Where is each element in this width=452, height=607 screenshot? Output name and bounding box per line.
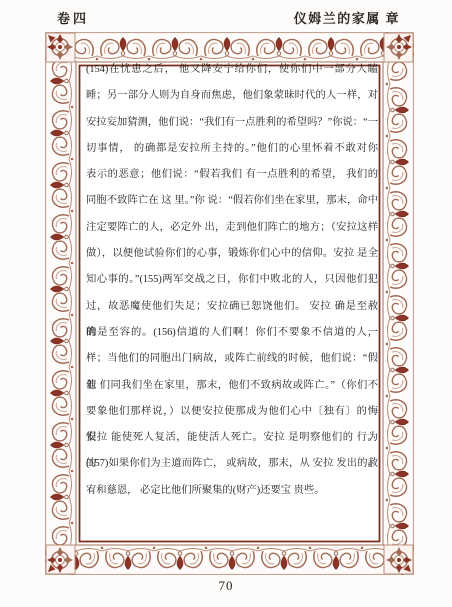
scripture-text-block: (154)在忧患之后， 他又降安宁给你们，使你们中一部分人瞌睡；另一部分人则为自… xyxy=(86,57,378,504)
text-line: 确是至容的。(156)信道的人们啊！你们不要象不信道的人一 xyxy=(86,320,378,346)
header-volume-label: 卷四 xyxy=(57,8,89,27)
text-line: 过，故恶魔使他们失足；安拉确已恕饶他们。 安拉 确是至赦的， xyxy=(86,294,378,320)
header-chapter-title: 仪姆兰的家属 章 xyxy=(294,8,400,27)
text-line: 表示的恶意；他们说：“假若我们 有一点胜利的希望， 我们的 xyxy=(86,162,378,188)
text-line: (154)在忧患之后， 他又降安宁给你们，使你们中一部分人瞌 xyxy=(86,57,378,83)
text-line: 切事情， 的确都是安拉所主持的。”他们的心里怀着不敢对你 xyxy=(86,136,378,162)
text-line: 宥和慈恩， 必定比他们所聚集的(财产)还要宝 贵些。 xyxy=(86,478,378,504)
book-page: 卷四 仪姆兰的家属 章 xyxy=(0,0,452,607)
text-line: 做），以便他试验你们的心事，锻炼你们心中的信仰。安拉 是全 xyxy=(86,241,378,267)
text-line: 同胞不致阵亡在 这 里。”你 说：“假若你们坐在家里，那末，命中 xyxy=(86,188,378,214)
text-line: 安拉妄加猜测，他们说：“我们有一点胜利的希望吗？”你说：“一 xyxy=(86,110,378,136)
text-line: 要象他们那样说，）以便安拉使那成为他们心中〔独有〕的悔恨。 xyxy=(86,399,378,425)
page-number: 70 xyxy=(0,578,452,594)
page-header: 卷四 仪姆兰的家属 章 xyxy=(0,5,452,27)
text-line: 注定要阵亡的人，必定外 出，走到他们阵亡的地方；（安拉这样 xyxy=(86,215,378,241)
text-line: (157)如果你们为主道而阵亡， 或病故，那末，从 安拉 发出的赦 xyxy=(86,451,378,477)
text-line: 知心事的。”(155)两军交战之日，你们中败北的人，只因他们犯 xyxy=(86,267,378,293)
text-line: 他 们同我们坐在家里，那末，他们不致病故或阵亡。”（你们不 xyxy=(86,373,378,399)
text-line: 安拉 能使死人复活，能使活人死亡。安拉 是明察他们的 行为的。 xyxy=(86,425,378,451)
text-line: 样；当他们的同胞出门病故，或阵亡前线的时候，他们说：“假若 xyxy=(86,346,378,372)
text-line: 睡；另一部分人则为自身而焦虑，他们象蒙昧时代的人一样，对 xyxy=(86,83,378,109)
